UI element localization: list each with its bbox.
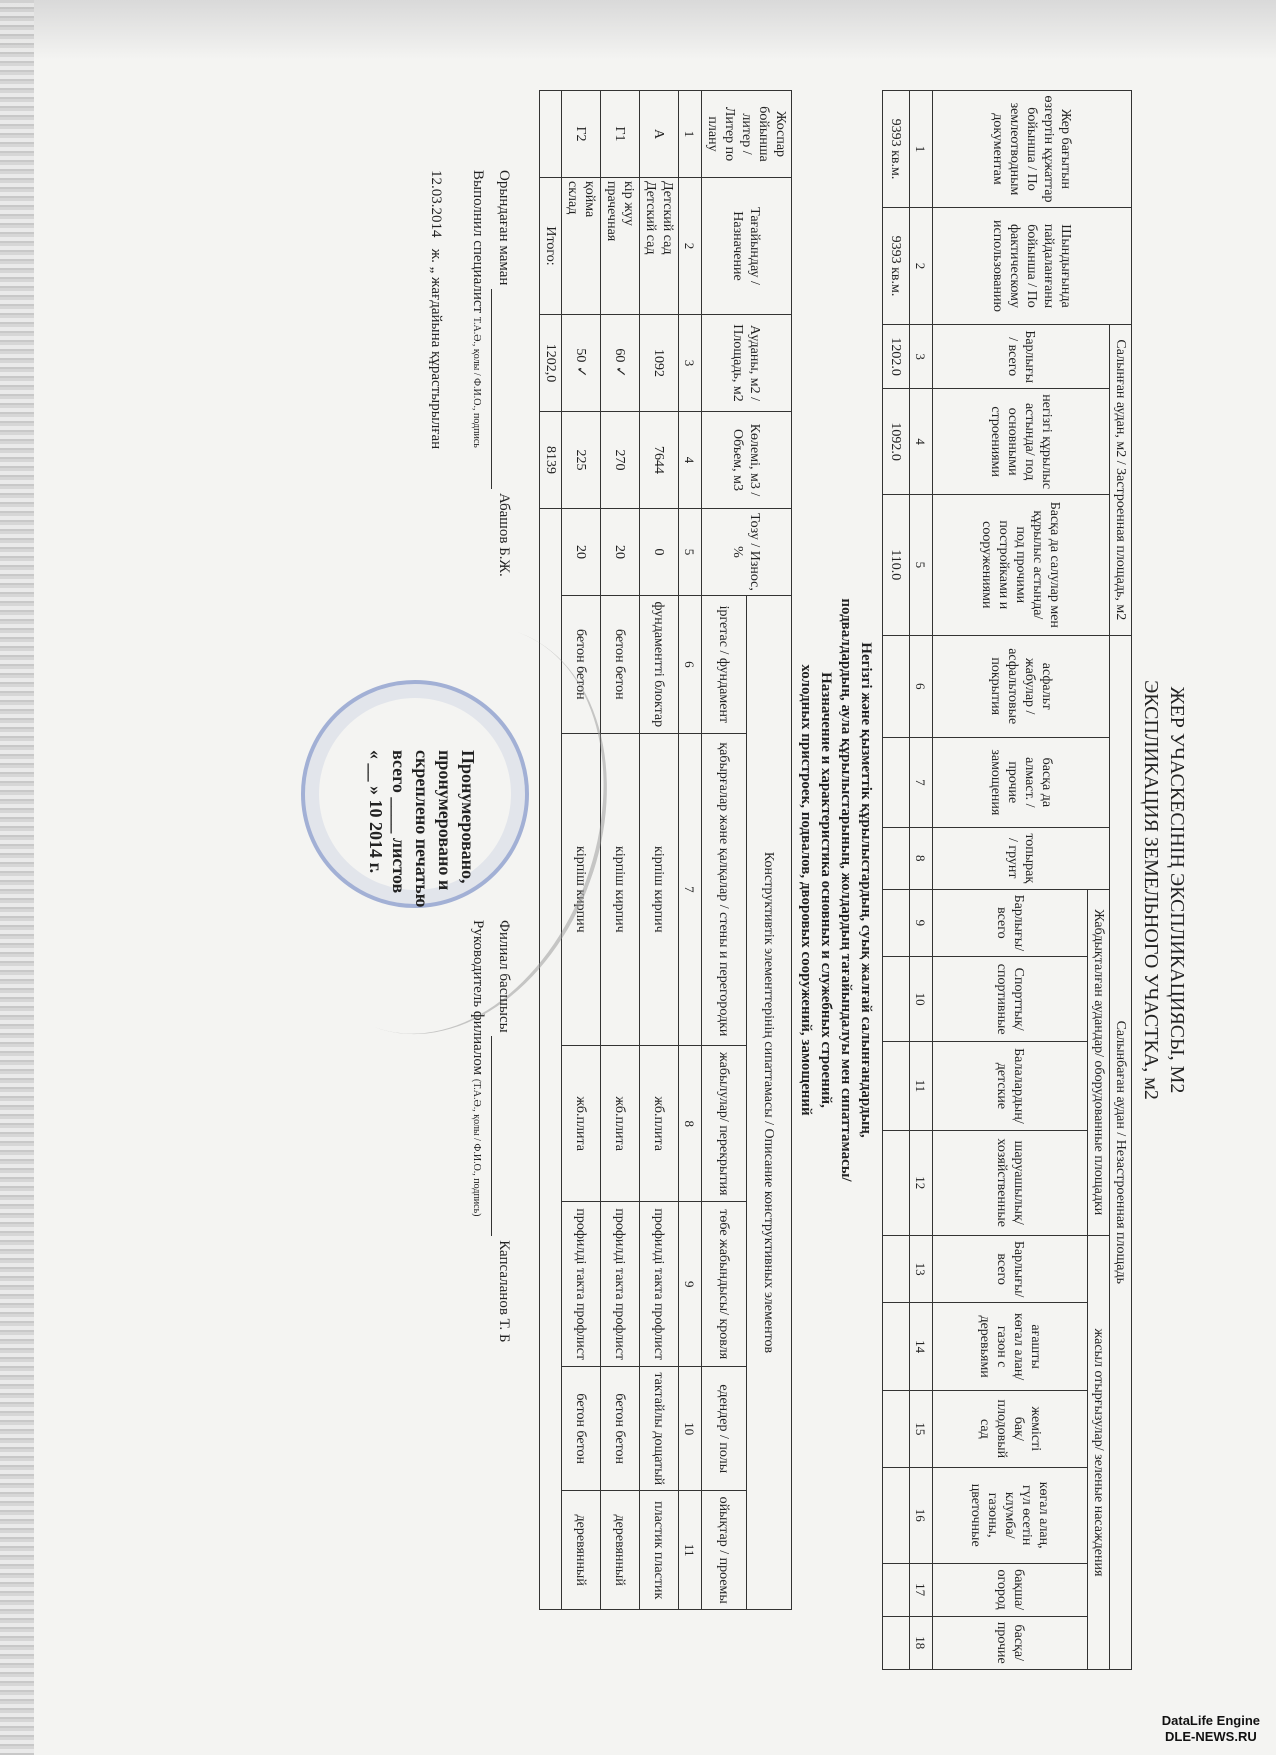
header-flower: көгал алаң, гүл өсетін клумба/ газоны, ц…: [933, 1467, 1088, 1563]
cell-value: 9393 кв.м.: [883, 91, 910, 208]
cell-value: 1092: [640, 315, 679, 412]
header-built-total: Барлығы / всего: [933, 325, 1110, 389]
cell-value: [883, 1616, 910, 1669]
header-openings: ойықтар / проемы: [702, 1491, 747, 1610]
cell-value: фундаментті блоктар: [640, 596, 679, 734]
column-number: 3: [679, 315, 702, 412]
header-main-buildings: негізгі құрылыс астында/ под основными с…: [933, 389, 1110, 495]
footer: Орындаған маман Абашов Б.Ж. Выполнил спе…: [309, 60, 539, 1720]
total-volume: 8139: [540, 412, 562, 509]
header-wear: Тозу / Износ, %: [702, 509, 792, 596]
column-number: 1: [910, 91, 933, 208]
document-title: ЖЕР УЧАСКЕСІНІҢ ЭКСПЛИКАЦИЯСЫ, М2 ЭКСПЛИ…: [1138, 60, 1190, 1720]
column-number: 3: [910, 325, 933, 389]
cell-value: деревянный: [601, 1491, 640, 1610]
performer-name: Абашов Б.Ж.: [496, 493, 512, 577]
header-unbuilt-area: Салынбаған аудан / Незастроенная площадь: [1110, 635, 1132, 1669]
cell-value: профилді такта профлист: [640, 1202, 679, 1367]
cell-value: Г2: [562, 91, 601, 178]
column-number: 13: [910, 1235, 933, 1302]
cell-value: Детский сад Детский сад: [640, 178, 679, 315]
column-number: 18: [910, 1616, 933, 1669]
cell-value: жб.плита: [562, 1046, 601, 1202]
watermark-line: DLE-NEWS.RU: [1162, 1729, 1260, 1745]
cell-value: бетон бетон: [601, 1367, 640, 1491]
performer-label-kz: Орындаған маман: [496, 170, 512, 285]
column-numbers-row: 1234567891011: [679, 91, 702, 1610]
header-garden: бақша/ огород: [933, 1563, 1088, 1616]
column-number: 10: [910, 957, 933, 1042]
cell-value: тактайлы дощатый: [640, 1367, 679, 1491]
header-equipped: Жабдықталған аудандар/ оборудованные пло…: [1088, 889, 1110, 1235]
header-fruit: жемісті бақ/ плодовый сад: [933, 1390, 1088, 1467]
stamp-line: скреплено печатью: [410, 750, 433, 907]
title-kz: ЖЕР УЧАСКЕСІНІҢ ЭКСПЛИКАЦИЯСЫ, М2: [1164, 60, 1190, 1720]
cell-value: пластик пластик: [640, 1491, 679, 1610]
column-number: 8: [679, 1046, 702, 1202]
column-number: 10: [679, 1367, 702, 1491]
column-number: 14: [910, 1303, 933, 1391]
header-floors: едендер / полы: [702, 1367, 747, 1491]
section-title-line: холодных пристроек, подвалов, дворовых с…: [796, 60, 816, 1720]
column-number: 17: [910, 1563, 933, 1616]
header-foundation: іргетас / фундамент: [702, 596, 747, 734]
table-row: 9393 кв.м.9393 кв.м.1202.01092.0110.0: [883, 91, 910, 1670]
column-number: 4: [910, 389, 933, 495]
header-by-fact: Шындығында пайдаланғаны бойынша / По фак…: [933, 208, 1132, 325]
column-number: 12: [910, 1130, 933, 1235]
total-label: Итого:: [540, 178, 562, 315]
column-number: 8: [910, 827, 933, 889]
section-title-line: Негізгі және қызметтік құрылыстардың, су…: [856, 60, 876, 1720]
head-signature-block: Филиал басшысы Капсаланов Т. Б Руководит…: [463, 920, 517, 1342]
cell-value: [883, 1130, 910, 1235]
cell-value: деревянный: [562, 1491, 601, 1610]
section-title-line: Назначение и характеристика основных и с…: [816, 60, 836, 1720]
head-name: Капсаланов Т. Б: [496, 1240, 512, 1342]
column-number: 5: [910, 494, 933, 635]
total-area: 1202,0: [540, 315, 562, 412]
cell-value: [883, 635, 910, 737]
header-child: Балалардың/ детские: [933, 1042, 1088, 1130]
header-trees: ағашты көгал алаң/ газон с деревьями: [933, 1303, 1088, 1391]
column-number: 7: [679, 733, 702, 1045]
header-roof: төбе жабындысы/ кровля: [702, 1202, 747, 1367]
column-number: 1: [679, 91, 702, 178]
cell-value: [883, 827, 910, 889]
header-constructive: Конструктивтік элементтерінің сипаттамас…: [747, 596, 792, 1610]
cell-value: [883, 737, 910, 827]
section-title-line: подвалдардың, аула құрылыстарының, жолда…: [836, 60, 856, 1720]
section-title: Негізгі және қызметтік құрылыстардың, су…: [796, 60, 876, 1720]
header-eq-total: Барлығы/ всего: [933, 889, 1088, 956]
column-number: 6: [910, 635, 933, 737]
header-purpose: Тағайындау / Назначение: [702, 178, 792, 315]
column-number: 11: [679, 1491, 702, 1610]
stamp-line: Пронумеровано,: [456, 750, 479, 907]
cell-value: 20: [562, 509, 601, 596]
scan-shadow-top: [0, 0, 1276, 60]
header-area: Ауданы, м2 / Площадь, м2: [702, 315, 792, 412]
head-caption: (Т.А.Ә., қолы / Ф.И.О., подпись): [471, 1079, 482, 1217]
cell-value: А: [640, 91, 679, 178]
cell-value: [883, 1390, 910, 1467]
stamp-line: пронумеровано и: [433, 750, 456, 907]
column-number: 16: [910, 1467, 933, 1563]
header-green: жасыл отырғызулар/ зеленые насаждения: [1088, 1235, 1110, 1669]
cell-value: Г1: [601, 91, 640, 178]
date-suffix: ж. „ жағдайына құрастырылған: [428, 249, 444, 449]
header-by-docs: Жер бағытын өзгертін құжаттар бойынша / …: [933, 91, 1132, 208]
column-number: 4: [679, 412, 702, 509]
column-number: 5: [679, 509, 702, 596]
land-explication-table: Жер бағытын өзгертін құжаттар бойынша / …: [882, 90, 1132, 1670]
column-number: 15: [910, 1390, 933, 1467]
performer-label-ru: Выполнил специалист: [470, 170, 486, 313]
watermark: DataLife Engine DLE-NEWS.RU: [1162, 1713, 1260, 1745]
head-label-ru: Руководитель филиалом: [470, 920, 486, 1075]
header-liter: Жоспар бойынша литер / Литер по плану: [702, 91, 792, 178]
title-ru: ЭКСПЛИКАЦИЯ ЗЕМЕЛЬНОГО УЧАСТКА, м2: [1138, 60, 1164, 1720]
scan-edge: [0, 0, 34, 1755]
table-row: АДетский сад Детский сад109276440фундаме…: [640, 91, 679, 1610]
cell-value: 60 ✓: [601, 315, 640, 412]
performer-signature-block: Орындаған маман Абашов Б.Ж. Выполнил спе…: [423, 170, 517, 577]
header-other-buildings: Басқа да салулар мен құрылыс астында/ по…: [933, 494, 1110, 635]
cell-value: [883, 1042, 910, 1130]
table-row: Г1кір жуу прачечная60 ✓27020бетон бетонк…: [601, 91, 640, 1610]
cell-value: 270: [601, 412, 640, 509]
column-number: 9: [910, 889, 933, 956]
sign-caption: Т.А.Ә., қолы / Ф.И.О., подпись: [471, 317, 482, 448]
stamp-text: Пронумеровано, пронумеровано и скреплено…: [364, 750, 479, 907]
header-household: шаруашылық/ хозяйственные: [933, 1130, 1088, 1235]
header-ground: топырақ / грунт: [933, 827, 1110, 889]
cell-value: 0: [640, 509, 679, 596]
cell-value: профилді такта профлист: [562, 1202, 601, 1367]
document-date: 12.03.2014: [428, 170, 444, 238]
cell-value: 225: [562, 412, 601, 509]
cell-value: 20: [601, 509, 640, 596]
column-number: 2: [910, 208, 933, 325]
cell-value: бетон бетон: [601, 596, 640, 734]
header-sport: Спорттық/ спортивные: [933, 957, 1088, 1042]
cell-value: [883, 1467, 910, 1563]
column-number: 6: [679, 596, 702, 734]
header-built-area: Салынған аудан, м2 / Застроенная площадь…: [1110, 325, 1132, 636]
column-number: 2: [679, 178, 702, 315]
cell-value: 110.0: [883, 494, 910, 635]
cell-value: [883, 1563, 910, 1616]
cell-value: [883, 889, 910, 956]
cell-value: [883, 1235, 910, 1302]
cell-value: қойма склад: [562, 178, 601, 315]
cell-value: [883, 1303, 910, 1391]
header-other-cover: басқа да алмаст. / прочие замощения: [933, 737, 1110, 827]
cell-value: 7644: [640, 412, 679, 509]
header-green-total: Барлығы/ всего: [933, 1235, 1088, 1302]
column-number: 11: [910, 1042, 933, 1130]
header-walls: қабырғалар және қалқалар / стены и перег…: [702, 733, 747, 1045]
total-empty: [540, 91, 562, 178]
cell-value: 1202.0: [883, 325, 910, 389]
cell-value: кірпіш кирпич: [640, 733, 679, 1045]
cell-value: 50 ✓: [562, 315, 601, 412]
cell-value: [883, 957, 910, 1042]
header-asphalt: асфальт жабулар / асфальтовые покрытия: [933, 635, 1110, 737]
cell-value: 9393 кв.м.: [883, 208, 910, 325]
cell-value: жб.плита: [640, 1046, 679, 1202]
cell-value: бетон бетон: [562, 1367, 601, 1491]
head-label-kz: Филиал басшысы: [496, 920, 512, 1033]
stamp-line: всего ____ листов: [387, 750, 410, 907]
signature-line: [491, 289, 508, 489]
cell-value: жб.плита: [601, 1046, 640, 1202]
column-number: 9: [679, 1202, 702, 1367]
watermark-line: DataLife Engine: [1162, 1713, 1260, 1729]
cell-value: профилді такта профлист: [601, 1202, 640, 1367]
header-volume: Көлемі, м3 / Объем, м3: [702, 412, 792, 509]
cell-value: 1092.0: [883, 389, 910, 495]
column-numbers-row: 123456789101112131415161718: [910, 91, 933, 1670]
header-misc: басқа/ прочие: [933, 1616, 1088, 1669]
rotated-page: ЖЕР УЧАСКЕСІНІҢ ЭКСПЛИКАЦИЯСЫ, М2 ЭКСПЛИ…: [50, 60, 1190, 1720]
stamp-line: « __ » 10 2014 г.: [364, 750, 387, 907]
cell-value: кір жуу прачечная: [601, 178, 640, 315]
signature-line: [491, 1036, 508, 1236]
column-number: 7: [910, 737, 933, 827]
header-ceilings: жабылулар/ перекрытия: [702, 1046, 747, 1202]
